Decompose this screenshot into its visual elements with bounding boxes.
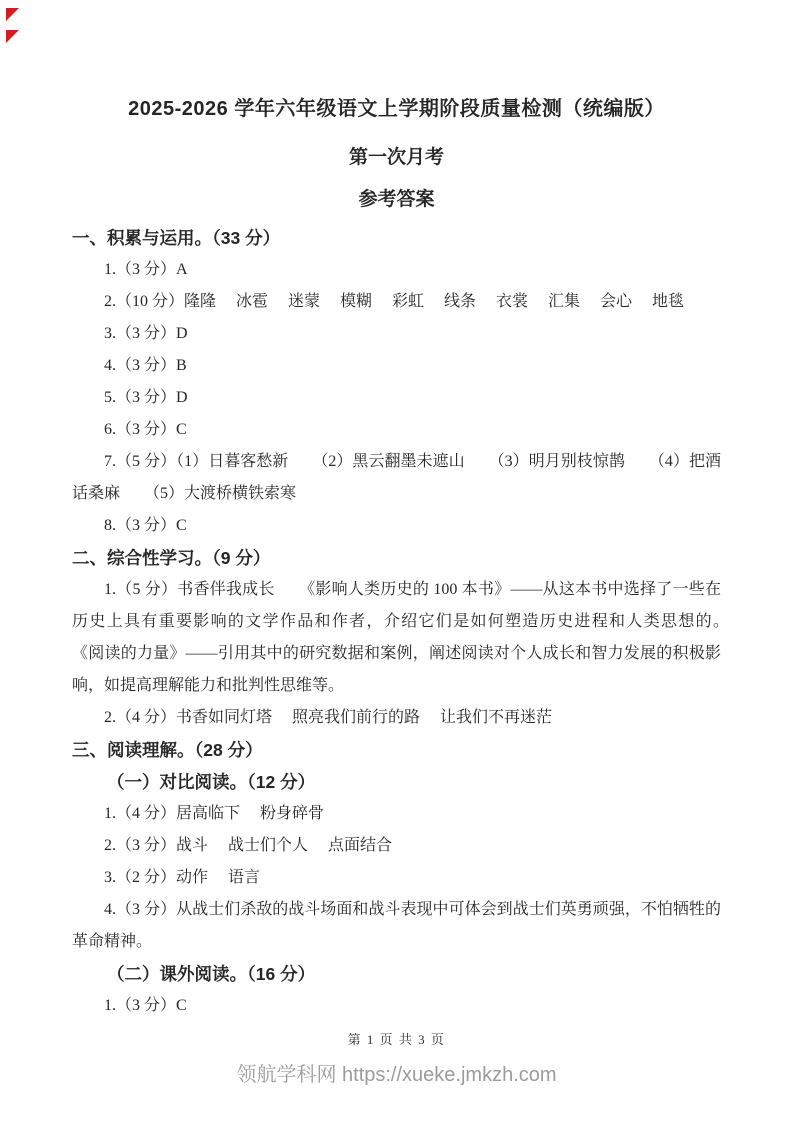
answer-item: 6.（3 分）C: [72, 414, 721, 446]
document-title: 2025-2026 学年六年级语文上学期阶段质量检测（统编版）: [72, 94, 721, 124]
section-heading: 二、综合性学习。（9 分）: [72, 542, 721, 574]
answer-item: 3.（3 分）D: [72, 318, 721, 350]
answer-item: 7.（5 分）（1）日暮客愁新 （2）黑云翻墨未遮山 （3）明月别枝惊鹊 （4）…: [72, 446, 721, 510]
answer-item: 2.（4 分）书香如同灯塔 照亮我们前行的路 让我们不再迷茫: [72, 702, 721, 734]
answer-item: 2.（3 分）战斗 战士们个人 点面结合: [72, 830, 721, 862]
sub-section-heading: （二）课外阅读。（16 分）: [72, 958, 721, 990]
sub-section-heading: （一）对比阅读。（12 分）: [72, 766, 721, 798]
watermark: 领航学科网 https://xueke.jmkzh.com: [0, 1060, 793, 1090]
section-heading: 一、积累与运用。（33 分）: [72, 222, 721, 254]
answer-key-heading: 参考答案: [72, 186, 721, 214]
red-triangle-icon: [6, 30, 19, 43]
answer-item: 4.（3 分）B: [72, 350, 721, 382]
red-triangle-icon: [6, 8, 19, 21]
answer-item: 1.（5 分）书香伴我成长 《影响人类历史的 100 本书》——从这本书中选择了…: [72, 574, 721, 702]
answer-item: 1.（3 分）C: [72, 990, 721, 1022]
answer-item: 1.（4 分）居高临下 粉身碎骨: [72, 798, 721, 830]
page-number: 第 1 页 共 3 页: [0, 1030, 793, 1050]
corner-marks: [6, 8, 19, 52]
section-heading: 三、阅读理解。（28 分）: [72, 734, 721, 766]
answer-item: 1.（3 分）A: [72, 254, 721, 286]
document-page: 2025-2026 学年六年级语文上学期阶段质量检测（统编版） 第一次月考 参考…: [0, 0, 793, 1122]
answer-item: 3.（2 分）动作 语言: [72, 862, 721, 894]
answer-item: 5.（3 分）D: [72, 382, 721, 414]
answer-item: 4.（3 分）从战士们杀敌的战斗场面和战斗表现中可体会到战士们英勇顽强，不怕牺牲…: [72, 894, 721, 958]
answer-item: 8.（3 分）C: [72, 510, 721, 542]
answer-content: 一、积累与运用。（33 分） 1.（3 分）A 2.（10 分）隆隆 冰雹 迷蒙…: [72, 222, 721, 1022]
answer-item: 2.（10 分）隆隆 冰雹 迷蒙 模糊 彩虹 线条 衣裳 汇集 会心 地毯: [72, 286, 721, 318]
exam-name: 第一次月考: [72, 144, 721, 172]
document-body: 2025-2026 学年六年级语文上学期阶段质量检测（统编版） 第一次月考 参考…: [72, 94, 721, 1022]
